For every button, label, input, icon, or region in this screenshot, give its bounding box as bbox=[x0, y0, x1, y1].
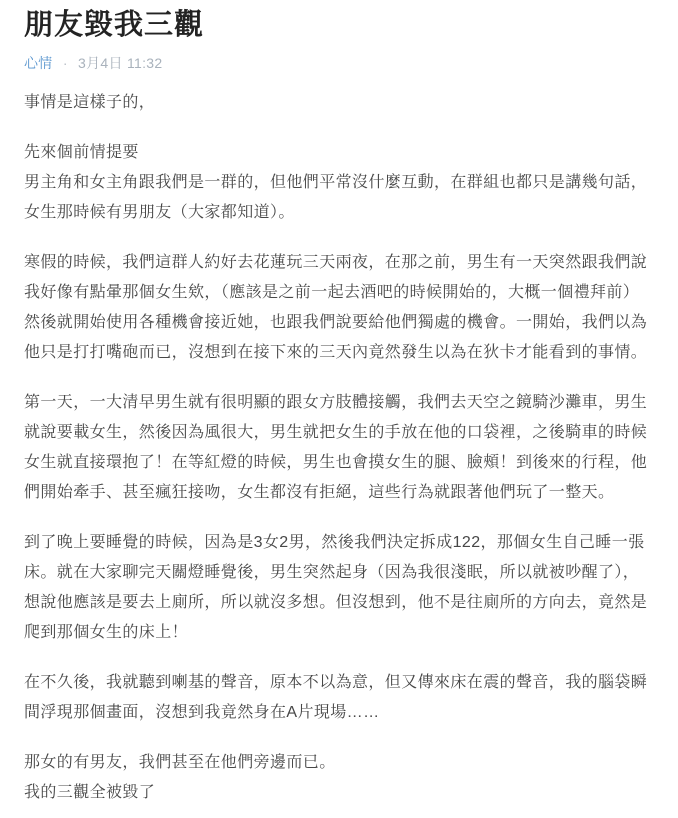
post-content: 事情是這樣子的，先來個前情提要男主角和女主角跟我們是一群的，但他們平常沒什麼互動… bbox=[24, 88, 654, 808]
category-link[interactable]: 心情 bbox=[24, 55, 53, 71]
post-page: 朋友毀我三觀 心情 · 3月4日 11:32 事情是這樣子的，先來個前情提要男主… bbox=[0, 0, 678, 808]
post-paragraph: 在不久後，我就聽到喇基的聲音，原本不以為意，但又傳來床在震的聲音，我的腦袋瞬間浮… bbox=[24, 668, 654, 728]
post-paragraph: 事情是這樣子的， bbox=[24, 88, 654, 118]
post-paragraph: 到了晚上要睡覺的時候，因為是3女2男，然後我們決定拆成122，那個女生自己睡一張… bbox=[24, 528, 654, 648]
post-meta: 心情 · 3月4日 11:32 bbox=[24, 54, 654, 72]
post-timestamp: 3月4日 11:32 bbox=[78, 55, 162, 71]
post-title: 朋友毀我三觀 bbox=[24, 0, 654, 42]
meta-separator: · bbox=[63, 55, 68, 71]
post-paragraph: 那女的有男友，我們甚至在他們旁邊而已。我的三觀全被毀了 bbox=[24, 748, 654, 808]
post-paragraph: 先來個前情提要男主角和女主角跟我們是一群的，但他們平常沒什麼互動，在群組也都只是… bbox=[24, 138, 654, 228]
post-paragraph: 寒假的時候，我們這群人約好去花蓮玩三天兩夜，在那之前，男生有一天突然跟我們說我好… bbox=[24, 248, 654, 368]
post-paragraph: 第一天，一大清早男生就有很明顯的跟女方肢體接觸，我們去天空之鏡騎沙灘車，男生就說… bbox=[24, 388, 654, 508]
